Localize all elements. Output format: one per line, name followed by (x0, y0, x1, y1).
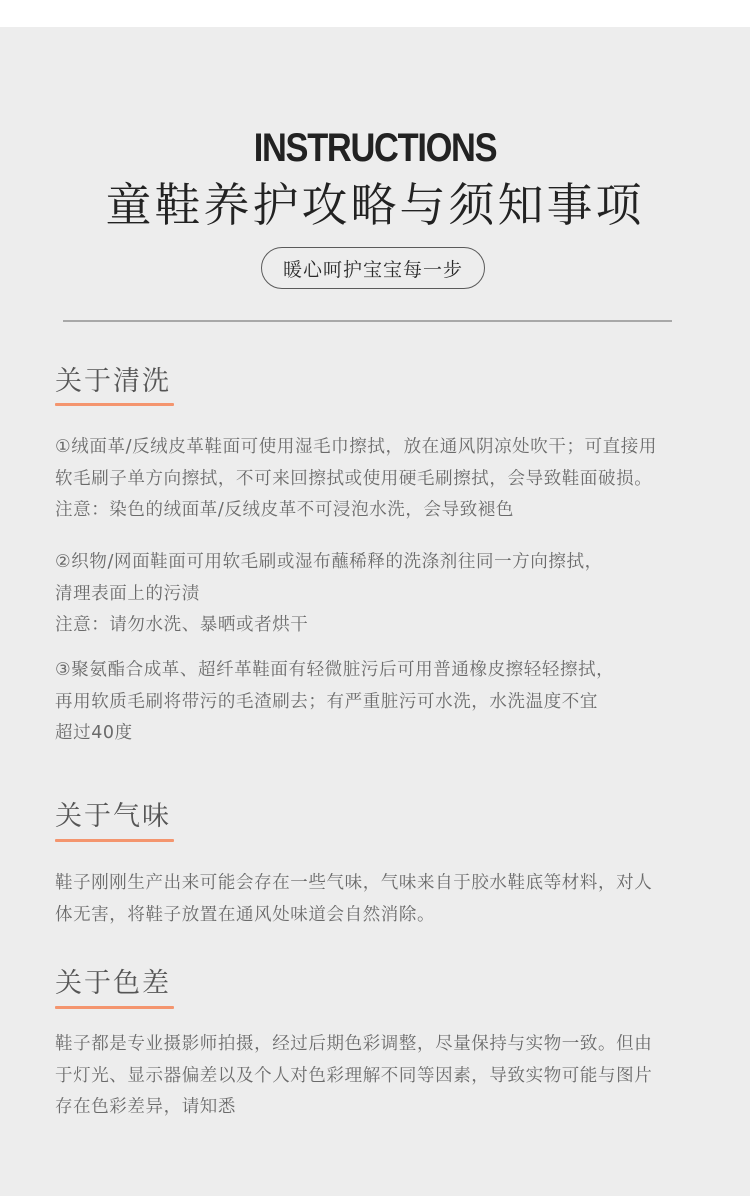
section-heading-cleaning: 关于清洗 (55, 365, 171, 399)
text-line: 注意：请勿水洗、暴晒或者烘干 (55, 610, 675, 642)
text-line: 超过40度 (55, 718, 675, 750)
text-line: 注意：染色的绒面革/反绒皮革不可浸泡水洗，会导致褪色 (55, 495, 675, 527)
text-line: ①绒面革/反绒皮革鞋面可使用湿毛巾擦拭，放在通风阴凉处吹干；可直接用 (55, 432, 675, 464)
section-heading-color-difference: 关于色差 (55, 967, 171, 1001)
paragraph-cleaning-suede: ①绒面革/反绒皮革鞋面可使用湿毛巾擦拭，放在通风阴凉处吹干；可直接用 软毛刷子单… (55, 432, 675, 527)
text-line: 于灯光、显示器偏差以及个人对色彩理解不同等因素，导致实物可能与图片 (55, 1061, 675, 1093)
paragraph-odor: 鞋子刚刚生产出来可能会存在一些气味，气味来自于胶水鞋底等材料，对人 体无害，将鞋… (55, 868, 675, 931)
text-line: 再用软质毛刷将带污的毛渣刷去；有严重脏污可水洗，水洗温度不宜 (55, 687, 675, 719)
section-underline (55, 403, 174, 406)
text-line: 鞋子刚刚生产出来可能会存在一些气味，气味来自于胶水鞋底等材料，对人 (55, 868, 675, 900)
top-white-strip (0, 0, 750, 27)
text-line: ③聚氨酯合成革、超纤革鞋面有轻微脏污后可用普通橡皮擦轻轻擦拭， (55, 655, 675, 687)
text-line: 清理表面上的污渍 (55, 579, 675, 611)
eyebrow-title: INSTRUCTIONS (53, 124, 698, 172)
header-divider (63, 320, 672, 322)
paragraph-cleaning-synthetic: ③聚氨酯合成革、超纤革鞋面有轻微脏污后可用普通橡皮擦轻轻擦拭， 再用软质毛刷将带… (55, 655, 675, 750)
paragraph-color-difference: 鞋子都是专业摄影师拍摄，经过后期色彩调整，尽量保持与实物一致。但由 于灯光、显示… (55, 1029, 675, 1124)
section-underline (55, 1006, 174, 1009)
text-line: 鞋子都是专业摄影师拍摄，经过后期色彩调整，尽量保持与实物一致。但由 (55, 1029, 675, 1061)
text-line: 体无害，将鞋子放置在通风处味道会自然消除。 (55, 900, 675, 932)
section-underline (55, 839, 174, 842)
subtitle-pill: 暖心呵护宝宝每一步 (261, 247, 485, 289)
text-line: 软毛刷子单方向擦拭，不可来回擦拭或使用硬毛刷擦拭，会导致鞋面破损。 (55, 464, 675, 496)
text-line: 存在色彩差异，请知悉 (55, 1092, 675, 1124)
paragraph-cleaning-fabric: ②织物/网面鞋面可用软毛刷或湿布蘸稀释的洗涤剂往同一方向擦拭， 清理表面上的污渍… (55, 547, 675, 642)
subtitle-pill-label: 暖心呵护宝宝每一步 (283, 255, 463, 282)
section-heading-odor: 关于气味 (55, 800, 171, 834)
page-title: 童鞋养护攻略与须知事项 (0, 176, 750, 234)
text-line: ②织物/网面鞋面可用软毛刷或湿布蘸稀释的洗涤剂往同一方向擦拭， (55, 547, 675, 579)
